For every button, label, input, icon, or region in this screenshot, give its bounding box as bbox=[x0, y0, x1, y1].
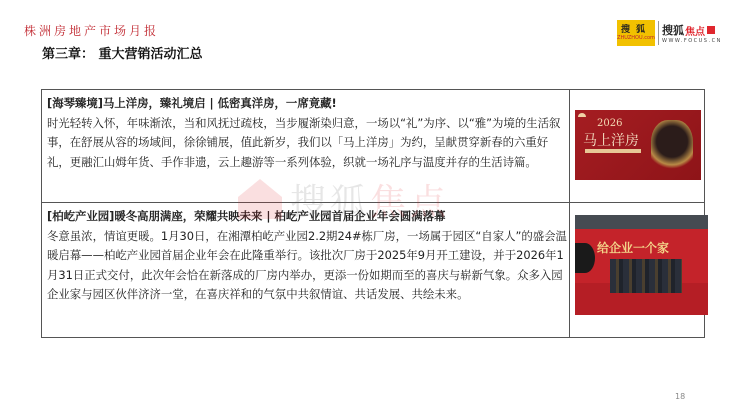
event-image-cell: 给企业一个家 bbox=[570, 203, 704, 337]
event-body: 时光轻转入怀，年味渐浓，当和风抚过疏枝，当步履渐染归意，一场以“礼”为序、以“雅… bbox=[47, 114, 569, 173]
event-photo-image: 给企业一个家 bbox=[575, 215, 708, 315]
brand-logos: 搜狐 ZHUZHOU.com 搜狐 焦点 WWW.FOCUS.CN bbox=[617, 20, 722, 46]
focus-logo-badge-icon bbox=[707, 26, 715, 34]
report-title: 株洲房地产市场月报 bbox=[24, 22, 159, 39]
event-headline: [海琴臻境]马上洋房，臻礼境启 | 低密真洋房，一席竟藏! bbox=[47, 94, 569, 114]
focus-logo-url: WWW.FOCUS.CN bbox=[662, 38, 722, 44]
logo-divider bbox=[658, 21, 659, 45]
chapter-title: 第三章： 重大营销活动汇总 bbox=[42, 43, 203, 62]
focus-logo: 搜狐 焦点 WWW.FOCUS.CN bbox=[662, 22, 722, 44]
brand-mark-icon bbox=[578, 113, 586, 117]
sohu-logo-subtext: ZHUZHOU.com bbox=[617, 35, 655, 41]
focus-logo-accent: 焦点 bbox=[685, 23, 705, 38]
group-people-photo bbox=[610, 259, 682, 293]
event-image-cell: 2026 马上洋房 bbox=[570, 90, 704, 202]
event-poster-image: 2026 马上洋房 bbox=[575, 110, 701, 180]
sohu-logo-text: 搜狐 bbox=[621, 25, 651, 35]
page-number: 18 bbox=[675, 392, 685, 401]
events-table: [海琴臻境]马上洋房，臻礼境启 | 低密真洋房，一席竟藏! 时光轻转入怀，年味渐… bbox=[41, 89, 705, 338]
photo-slogan: 给企业一个家 bbox=[597, 239, 669, 256]
event-text-cell: [柏屹产业园]暖冬高朋满座，荣耀共映未来 | 柏屹产业园首届企业年会圆满落幕 冬… bbox=[42, 203, 570, 337]
event-row: [柏屹产业园]暖冬高朋满座，荣耀共映未来 | 柏屹产业园首届企业年会圆满落幕 冬… bbox=[42, 203, 704, 337]
event-row: [海琴臻境]马上洋房，臻礼境启 | 低密真洋房，一席竟藏! 时光轻转入怀，年味渐… bbox=[42, 90, 704, 203]
event-text-cell: [海琴臻境]马上洋房，臻礼境启 | 低密真洋房，一席竟藏! 时光轻转入怀，年味渐… bbox=[42, 90, 570, 202]
event-headline: [柏屹产业园]暖冬高朋满座，荣耀共映未来 | 柏屹产业园首届企业年会圆满落幕 bbox=[47, 207, 569, 227]
poster-title: 马上洋房 bbox=[583, 130, 639, 150]
poster-year: 2026 bbox=[597, 118, 622, 129]
sohu-logo: 搜狐 ZHUZHOU.com bbox=[617, 20, 655, 46]
focus-logo-text: 搜狐 bbox=[662, 22, 684, 38]
camera-foreground bbox=[575, 243, 595, 273]
poster-band bbox=[585, 149, 641, 153]
event-body: 冬意虽浓，情谊更暖。1月30日，在湘潭柏屹产业园2.2期24#栋厂房，一场属于园… bbox=[47, 227, 569, 305]
horse-illustration-icon bbox=[651, 120, 693, 174]
